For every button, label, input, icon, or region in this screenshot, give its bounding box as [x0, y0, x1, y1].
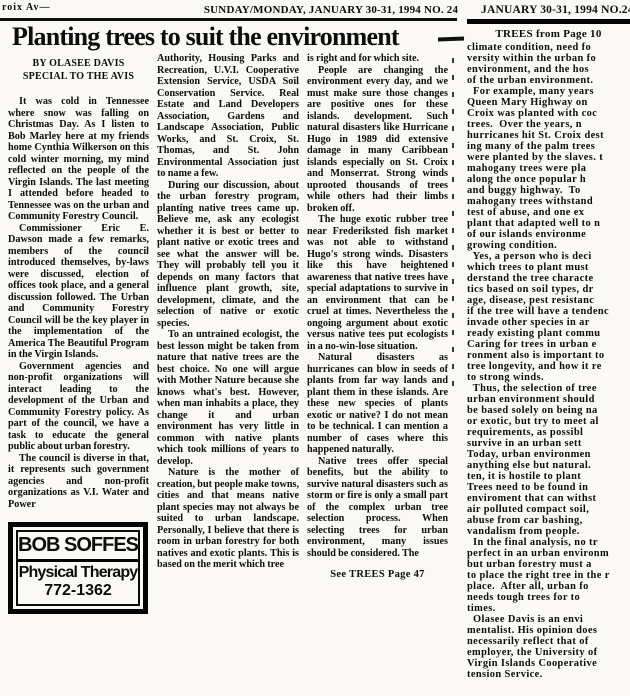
column-divider-dashed — [452, 58, 454, 388]
continuation-dateline: JANUARY 30-31, 1994 NO.24 — [467, 4, 630, 16]
continuation-header: TREES from Page 10 — [467, 28, 630, 40]
body-paragraph: The council is diverse in that, it repre… — [8, 453, 149, 511]
masthead-rule — [0, 18, 457, 21]
body-paragraph: The huge exotic rubber tree near Frederi… — [307, 214, 448, 352]
article-headline: Planting trees to suit the environment — [12, 22, 399, 52]
headline-dash — [438, 37, 464, 42]
body-paragraph: People are changing the environment ever… — [307, 65, 448, 215]
continuation-body-text: climate condition, need fo versity withi… — [467, 42, 630, 680]
article-column-1: BY OLASEE DAVIS SPECIAL TO THE AVIS It w… — [8, 55, 149, 614]
body-paragraph: During our discussion, about the urban f… — [157, 180, 299, 330]
continued-on-page-line: See TREES Page 47 — [307, 569, 448, 580]
body-paragraph: Native trees offer special benefits, but… — [307, 456, 448, 560]
ad-inner-frame: BOB SOFFES Physical Therapy 772-1362 — [16, 530, 140, 606]
byline-credit: SPECIAL TO THE AVIS — [8, 70, 149, 83]
byline-block: BY OLASEE DAVIS SPECIAL TO THE AVIS — [8, 57, 149, 83]
ad-phone-number: 772-1362 — [18, 582, 138, 602]
body-paragraph: Natural disasters as hurricanes can blow… — [307, 352, 448, 456]
byline-author: BY OLASEE DAVIS — [8, 57, 149, 70]
ad-service-line: Physical Therapy — [18, 562, 138, 582]
article-column-2: Authority, Housing Parks and Recreation,… — [157, 53, 299, 571]
body-paragraph: Authority, Housing Parks and Recreation,… — [157, 53, 299, 180]
body-paragraph: Nature is the mother of creation, but pe… — [157, 467, 299, 571]
article-column-3: is right and for which site. People are … — [307, 53, 448, 580]
continuation-column: JANUARY 30-31, 1994 NO.24 TREES from Pag… — [467, 4, 630, 694]
ad-box: BOB SOFFES Physical Therapy 772-1362 — [8, 522, 148, 614]
newspaper-page: roix Av— SUNDAY/MONDAY, JANUARY 30-31, 1… — [0, 0, 630, 696]
body-paragraph: Government agencies and non-profit organ… — [8, 361, 149, 453]
body-paragraph: Commissioner Eric E. Dawson made a few r… — [8, 223, 149, 361]
body-paragraph: is right and for which site. — [307, 53, 448, 65]
body-paragraph: It was cold in Tennessee where snow was … — [8, 96, 149, 223]
masthead-dateline: SUNDAY/MONDAY, JANUARY 30-31, 1994 NO. 2… — [198, 4, 464, 16]
continuation-rule — [467, 19, 630, 24]
body-paragraph: To an untrained ecologist, the best less… — [157, 329, 299, 467]
masthead-fragment: roix Av— — [2, 2, 50, 13]
ad-business-name: BOB SOFFES — [18, 533, 138, 562]
